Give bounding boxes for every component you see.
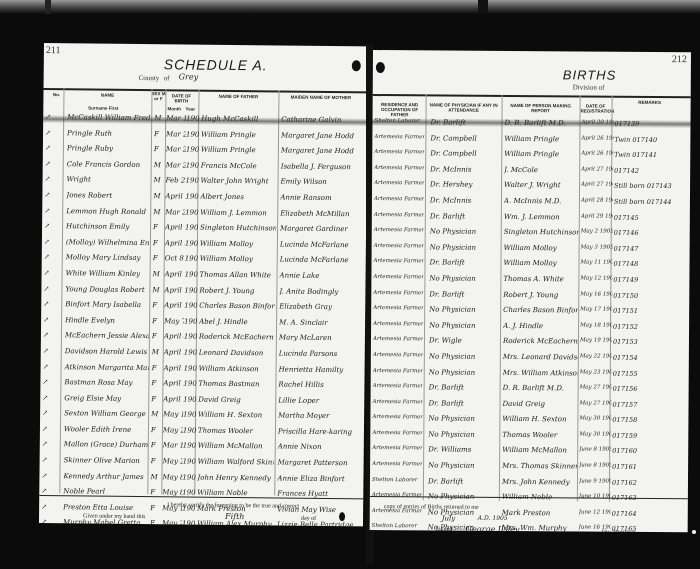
tick-mark: ↗ [43,363,49,371]
entry-mother: Rachel Hillis [278,381,362,390]
scanner-edge [0,0,700,14]
entry-mother: Emily Wilson [281,178,365,187]
entry-birth-year: 1905 [184,333,197,341]
entry-reporter: Singleton Hutchinson [504,228,579,237]
entry-registration-date: May 17 1905 [580,307,612,313]
entry-physician: Dr. Barlift [429,259,499,267]
entry-remarks: 017149 [613,276,687,285]
entry-remarks: 017160 [612,447,686,456]
tick-mark: ↗ [44,191,50,199]
entry-sex: F [150,504,160,512]
entry-sex: M [153,270,163,278]
entry-reporter: Thomas Wooler [502,431,577,440]
entry-registration-date: May 23 1905 [580,369,612,375]
entry-physician: Dr. Barlift [429,383,499,391]
entry-father: Thomas Allan White [200,271,276,280]
entry-physician: No Physician [428,430,498,438]
entry-birth-date: April 28 [163,395,183,403]
entry-remarks: Twin 017141 [614,151,688,160]
entry-registration-date: April 26 1905 [581,151,613,157]
entry-sex: F [153,239,163,247]
entry-birth-date: Mar 28 [166,130,186,138]
entry-reporter: Mrs. Leonard Davidson [503,353,578,362]
entry-residence: Artemesia Farmer [374,212,424,218]
col-remarks: REMARKS [613,100,687,106]
entry-birth-year: 1903 [185,255,198,263]
entry-name: McEachern Jessie Alexandra [65,332,149,341]
entry-reporter: Charles Bason Binfort [503,306,578,315]
entry-registration-date: June 9 1905 [579,478,611,484]
entry-birth-year: 1905 [185,239,198,247]
entry-birth-year: 1905 [183,458,196,466]
tick-mark: ↗ [44,238,50,246]
tick-mark: ↗ [45,175,51,183]
entry-physician: Dr. McInnis [430,196,500,204]
entry-remarks: 017158 [612,416,686,425]
entry-sex: M [153,208,163,216]
entry-reporter: Roderick McEachern [503,337,578,346]
entry-reporter: William Molloy [503,259,578,268]
entry-birth-year: 1905 [186,146,199,154]
entry-birth-date: April 17 [165,223,185,231]
entry-residence: Shelton Laborer [372,477,422,483]
entry-father: William H. Sexton [198,411,274,420]
entry-mother: Elizabeth Gray [279,303,363,312]
entry-mother: Mary McLaren [279,334,363,343]
entry-remarks: 017164 [612,510,686,519]
entry-reporter: David Greig [503,400,578,409]
entry-sex: M [154,177,164,185]
entry-physician: No Physician [430,243,500,251]
entry-name: Pringle Ruby [67,144,151,153]
tick-mark: ↗ [45,129,51,137]
entry-physician: Dr. Barlift [430,212,500,220]
entry-birth-date: April 8 [164,333,184,341]
entry-mother: Isabella J. Ferguson [281,162,365,171]
right-page-births: 212 BIRTHS Division of RESIDENCE AND OCC… [370,50,691,532]
entry-name: Mallon (Grace) Durham [64,441,148,450]
entry-sex: M [153,192,163,200]
entry-sex: F [151,457,161,465]
entry-remarks: 017142 [614,166,688,175]
entry-registration-date: April 28 1905 [581,197,613,203]
entry-residence: Artemesia Farmer [374,227,424,233]
entry-name: Jones Robert [66,191,150,200]
entry-birth-date: April 8 [165,239,185,247]
tick-mark: ↗ [44,222,50,230]
entry-registration-date: May 27 1905 [580,385,612,391]
entry-registration-date: May 30 1905 [579,416,611,422]
tick-mark: ↗ [44,253,50,261]
entry-registration-date: April 27 1905 [581,182,613,188]
scan-artifact [692,530,696,534]
entry-residence: Artemesia Farmer [373,321,423,327]
entry-physician: No Physician [429,274,499,282]
entry-name: (Molloy) Wilhelmina Enid [66,238,150,247]
entry-remarks: 017154 [613,354,687,363]
entry-sex: M [152,286,162,294]
entry-birth-year: 1905 [184,317,197,325]
entry-residence: Artemesia Farmer [372,461,422,467]
entry-birth-year: 1905 [185,224,198,232]
entry-residence: Shelton Laborer [372,523,422,529]
entry-residence: Artemesia Farmer [373,336,423,342]
entry-residence: Artemesia Farmer [373,399,423,405]
entry-residence: Artemesia Farmer [374,134,424,140]
entry-name: Pringle Ruth [67,129,151,138]
entry-registration-date: May 27 1905 [580,400,612,406]
entry-birth-year: 1905 [183,395,196,403]
entry-mother: Priscilla Hare-karing [278,427,362,436]
entry-physician: Dr. Williams [428,446,498,454]
entry-father: Charles Bason Binfort [199,302,275,311]
births-title: BIRTHS [563,67,617,82]
entry-reporter: Walter J. Wright [504,181,579,190]
entry-reporter: William Pringle [504,150,579,159]
registrar-signature: George Ilsley [466,525,520,533]
entry-name: Binfort Mary Isabella [65,300,149,309]
entry-mother: Annie Lake [280,271,364,280]
entry-remarks: 017151 [613,307,687,316]
entry-name: Davidson Harold Lewis [65,347,149,356]
entry-mother: Lillie Loper [278,396,362,405]
month-value: July [442,514,456,522]
subcol-surname-first: Surname First [83,105,123,110]
entry-name: Skinner Olive Marion [64,456,148,465]
col-mother: MAIDEN NAME OF MOTHER [278,94,363,100]
tick-mark: ↗ [43,331,49,339]
col-physician: NAME OF PHYSICIAN IF ANY IN ATTENDANCE [427,102,501,113]
tick-mark: ↗ [41,503,47,511]
tick-mark: ↗ [43,300,49,308]
entry-remarks: Twin 017140 [614,135,688,144]
entry-registration-date: June 8 1905 [579,447,611,453]
tick-mark: ↗ [43,347,49,355]
entry-remarks: 017157 [613,400,687,409]
entry-birth-year: 1905 [182,520,195,526]
entry-birth-year: 1905 [182,473,195,481]
entry-name: Atkinson Margarita Maud [65,363,149,372]
entry-remarks: 017156 [613,385,687,394]
entry-mother: Margaret Jane Hodd [281,131,365,140]
entry-mother: Martha Moyer [278,412,362,421]
entry-registration-date: May 18 1905 [580,322,612,328]
col-sex: SEX M or F [151,91,165,101]
entry-father: Thomas Wooler [198,427,274,436]
entry-remarks: 017161 [612,463,686,472]
ad-value: A.D. 1905 [478,515,508,522]
entry-physician: No Physician [428,415,498,423]
entry-name: Molloy Mary Lindsay [66,254,150,263]
tick-mark: ↗ [42,409,48,417]
entry-name: Cole Francis Gordon [67,160,151,169]
entry-birth-date: May 20 [163,426,183,434]
entry-residence: Artemesia Farmer [373,274,423,280]
entry-registration-date: May 3 1905 [581,244,613,250]
entry-registration-date: May 11 1905 [580,260,612,266]
entry-remarks: 017150 [613,291,687,300]
entry-name: White William Kinley [66,269,150,278]
entry-sex: F [151,442,161,450]
col-father: NAME OF FATHER [198,94,278,100]
entry-mother: Annie Nixon [278,443,362,452]
entry-physician: Dr. Hershey [430,181,500,189]
entry-sex: F [152,332,162,340]
entry-father: Francis McCole [201,161,277,170]
entry-birth-year: 1905 [184,286,197,294]
entry-physician: Dr. Wigle [429,337,499,345]
copy-text: copy of entries of Births returned to me [384,504,479,511]
entry-registration-date: May 19 1905 [580,338,612,344]
entry-birth-year: 1905 [183,442,196,450]
entry-mother: Henrietta Hamilty [279,365,363,374]
entry-physician: Dr. Campbell [430,150,500,158]
entry-birth-date: May 25 [163,457,183,465]
entry-name: Wooler Edith Irene [64,425,148,434]
entry-sex: M [152,348,162,356]
header-rule [373,94,691,98]
entry-mother: J. Anita Bodingly [279,287,363,296]
tick-mark: ↗ [42,440,48,448]
entry-registration-date: April 26 1905 [581,135,613,141]
entry-name: Bastman Rosa May [64,378,148,387]
entry-residence: Artemesia Farmer [373,305,423,311]
entry-father: David Greig [198,395,274,404]
entry-remarks: 017155 [613,369,687,378]
entry-father: Leonard Davidson [199,349,275,358]
entry-sex: F [153,254,163,262]
tick-mark: ↗ [41,472,47,480]
entry-reporter: William H. Sexton [502,415,577,424]
entry-birth-date: April 16 [164,364,184,372]
entry-reporter: Mark Preston [502,509,577,518]
entry-physician: No Physician [430,228,500,236]
entry-birth-year: 1905 [184,348,197,356]
county-of: of [164,74,170,82]
entry-sex: F [152,364,162,372]
entry-reporter: Wm. J. Lemmon [504,212,579,221]
binding-hole [339,512,345,521]
subcol-year: Year [183,106,197,111]
entry-remarks: Still born 017143 [614,182,688,191]
entry-registration-date: April 27 1905 [581,166,613,172]
entry-residence: Artemesia Farmer [374,258,424,264]
entry-sex: F [154,145,164,153]
tick-mark: ↗ [44,207,50,215]
entry-mother: Margaret Gardiner [280,225,364,234]
entry-physician: Dr. Barlift [429,399,499,407]
col-registration-date: DATE OF REGISTRATION [581,103,611,113]
entry-sex: F [154,130,164,138]
entry-birth-date: Mar 28 [166,145,186,153]
entry-residence: Artemesia Farmer [372,414,422,420]
entry-registration-date: May 2 1905 [581,229,613,235]
entry-sex: M [151,410,161,418]
entry-father: Albert Jones [200,193,276,202]
entry-sex: F [151,426,161,434]
entry-reporter: William McMallon [502,446,577,455]
tick-mark: ↗ [43,316,49,324]
entry-residence: Artemesia Farmer [373,290,423,296]
entry-reporter: Mrs. John Kennedy [502,478,577,487]
entry-residence: Artemesia Farmer [372,430,422,436]
entry-residence: Artemesia Farmer [374,149,424,155]
entry-residence: Artemesia Farmer [374,243,424,249]
entry-registration-date: May 30 1905 [579,431,611,437]
entry-reporter: A. McInnis M.D. [504,197,579,206]
entry-residence: Artemesia Farmer [374,196,424,202]
entry-registration-date: June 8 1905 [579,463,611,469]
entry-birth-date: May 8 [162,473,182,481]
tick-mark: ↗ [42,378,48,386]
entry-sex: M [150,473,160,481]
entry-birth-year: 1905 [185,192,198,200]
col-no: No. [49,92,63,97]
entry-father: Singleton Hutchinson [200,224,276,233]
entry-registration-date: May 12 1905 [580,275,612,281]
left-entries: ↗McCaskill William FredMMar 181905Hugh M… [39,111,367,526]
entry-mother: Lucinda McFarlane [280,240,364,249]
subcol-month: Month [167,106,181,111]
entry-registration-date: June 12 1905 [579,509,611,515]
entry-birth-date: April 18 [164,286,184,294]
entry-birth-year: 1905 [183,380,196,388]
entry-reporter: D. R. Barlift M.D. [503,384,578,393]
right-entries: Shelton LaborerDr. BarliftD. R. Barlift … [370,116,691,532]
entry-mother: Lucinda McFarlane [280,256,364,265]
entry-reporter: Mrs. Thomas Skinner [502,462,577,471]
entry-father: William Molloy [200,239,276,248]
entry-father: William Walford Skinner [198,458,274,467]
entry-mother: Annie Ransom [280,193,364,202]
entry-remarks: 017153 [613,338,687,347]
entry-sex: F [150,520,160,527]
entry-physician: Dr. Barlift [429,290,499,298]
entry-remarks: 017152 [613,322,687,331]
entry-reporter: William Pringle [504,135,579,144]
tick-mark: ↗ [43,285,49,293]
day-value: Fifth [225,512,245,521]
entry-mother: Annie Eliza Binfort [277,474,361,483]
entry-name: Hutchinson Emily [66,222,150,231]
col-residence: RESIDENCE AND OCCUPATION OF FATHER [375,102,425,117]
entry-father: Thomas Bastman [198,380,274,389]
entry-physician: No Physician [429,352,499,360]
entry-residence: Artemesia Farmer [374,180,424,186]
county-label: County [139,74,160,82]
entry-father: Roderick McEachern [199,333,275,342]
entry-name: Wright [67,176,151,185]
tick-mark: ↗ [42,425,48,433]
entry-reporter: Mrs. William Atkinson [503,368,578,377]
entry-father: Robert J. Young [199,286,275,295]
entry-sex: F [152,317,162,325]
entry-father: Walter John Wright [201,177,277,186]
entry-father: Abel J. Hindle [199,317,275,326]
entry-residence: Artemesia Farmer [373,383,423,389]
registrar-label: Div. Registrar [602,530,636,533]
entry-birth-year: 1905 [186,161,199,169]
entry-physician: No Physician [428,461,498,469]
col-name: NAME [63,92,151,98]
entry-father: William Atkinson [199,364,275,373]
entry-remarks: 017162 [612,478,686,487]
signed-label: Signed [436,526,453,532]
entry-birth-date: May 13 [163,411,183,419]
tick-mark: ↗ [42,394,48,402]
entry-residence: Artemesia Farmer [374,165,424,171]
entry-reporter: William Molloy [504,244,579,253]
tick-mark: ↗ [45,144,51,152]
entry-father: John Henry Kennedy [197,473,273,482]
col-date-of-birth: DATE OF BIRTH [165,93,197,103]
entry-mother: Margaret Patterson [278,459,362,468]
entry-name: Greig Elsie May [64,394,148,403]
entry-father: William Pringle [201,146,277,155]
entry-birth-date: Oct 8 [165,255,185,263]
entry-birth-date: April 20 [164,348,184,356]
entry-birth-date: April 10 [164,301,184,309]
entry-registration-date: May 16 1905 [580,291,612,297]
entry-mother: Lizzie Belle Partridge [277,521,361,526]
entry-name: Lemmon Hugh Ronald [66,207,150,216]
entry-registration-date: May 22 1905 [580,353,612,359]
entry-residence: Artemesia Farmer [372,445,422,451]
entry-physician: No Physician [429,368,499,376]
entry-mother: M. A. Sinclair [279,318,363,327]
entry-remarks: Still born 017144 [614,198,688,207]
entry-birth-date: May 26 [162,520,182,527]
given-text: Given under my hand this [83,513,145,520]
entry-physician: No Physician [429,321,499,329]
day-of-text: day of [301,516,316,522]
entry-birth-year: 1905 [186,177,199,185]
entry-name: Young Douglas Robert [65,285,149,294]
entry-reporter: A. J. Hindle [503,322,578,331]
entry-mother: Lucinda Parsons [279,349,363,358]
entry-name: Sexton William George [64,410,148,419]
entry-remarks: 017148 [613,260,687,269]
entry-remarks: 017146 [614,229,688,238]
entry-reporter: Robert J. Young [503,290,578,299]
entry-birth-date: Mar 11 [163,442,183,450]
entry-mother: Margaret Jane Hodd [281,147,365,156]
schedule-title: SCHEDULE A. [164,56,268,73]
entry-sex: F [151,395,161,403]
entry-sex: F [151,379,161,387]
entry-physician: Dr. Barlift [428,477,498,485]
entry-remarks: 017145 [614,213,688,222]
division-label: Division of [573,83,605,91]
entry-birth-year: 1905 [185,270,198,278]
entry-birth-date: Mar 29 [166,161,186,169]
entry-birth-date: April 22 [165,192,185,200]
entry-physician: Dr. McInnis [430,165,500,173]
entry-registration-date: April 29 1905 [581,213,613,219]
entry-birth-year: 1905 [185,208,198,216]
tick-mark: ↗ [45,160,51,168]
entry-birth-date: April 18 [165,270,185,278]
entry-birth-date: Feb 26 [166,177,186,185]
left-page-number: 211 [46,45,61,56]
col-reporter: NAME OF PERSON MAKING REPORT [503,103,579,114]
entry-sex: F [153,223,163,231]
county-value: Grey [179,72,199,81]
entry-birth-year: 1905 [183,426,196,434]
entry-father: William McMallon [198,442,274,451]
entry-physician: No Physician [429,306,499,314]
entry-remarks: 017159 [612,432,686,441]
